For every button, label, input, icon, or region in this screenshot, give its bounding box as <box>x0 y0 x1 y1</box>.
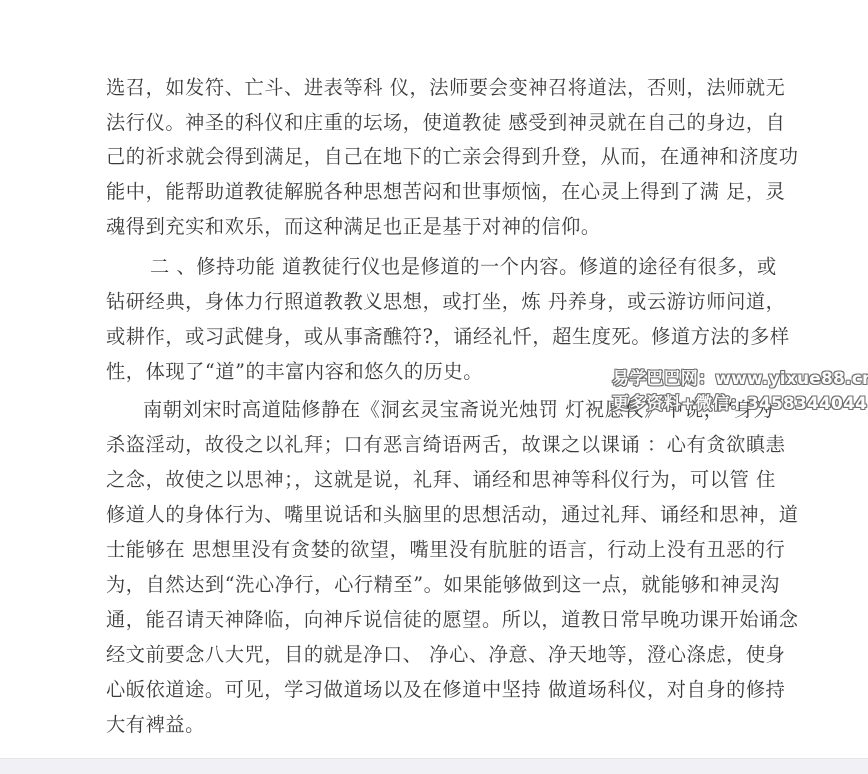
paragraph-1-line-2: 法行仪。神圣的科仪和庄重的坛场，使道教徒 感受到神灵就在自己的身边，自 <box>106 111 756 135</box>
paragraph-3-line-2: 杀盗淫动，故役之以礼拜；口有恶言绮语两舌，故课之以课诵 ：心有贪欲瞋恚 <box>106 433 756 457</box>
paragraph-2-line-2: 钻研经典，身体力行照道教教义思想，或打坐，炼 丹养身，或云游访师问道， <box>106 290 756 314</box>
watermark-site: 易学巴巴网：www.yixue88.cn <box>612 364 868 389</box>
paragraph-3-line-6: 为，自然达到“洗心净行，心行精至”。如果能够做到这一点，就能够和神灵沟 <box>106 573 756 597</box>
paragraph-2-line-3: 或耕作，或习武健身，或从事斋醮符?，诵经礼忏，超生度死。修道方法的多样 <box>106 325 756 349</box>
paragraph-1-line-1: 选召，如发符、亡斗、进表等科 仪，法师要会变神召将道法，否则，法师就无 <box>106 76 756 100</box>
paragraph-3-line-8: 经文前要念八大咒，目的就是净口、 净心、净意、净天地等，澄心涤虑，使身 <box>106 643 756 667</box>
paragraph-3-line-5: 士能够在 思想里没有贪婪的欲望，嘴里没有肮脏的语言，行动上没有丑恶的行 <box>106 538 756 562</box>
paragraph-3-line-4: 修道人的身体行为、嘴里说话和头脑里的思想活动，通过礼拜、诵经和思神，道 <box>106 503 756 527</box>
paragraph-2-line-1: 二 、修持功能 道教徒行仪也是修道的一个内容。修道的途径有很多，或 <box>150 255 756 279</box>
bottom-band <box>0 758 868 774</box>
document-page: 选召，如发符、亡斗、进表等科 仪，法师要会变神召将道法，否则，法师就无 法行仪。… <box>0 0 868 758</box>
paragraph-1-line-4: 能中，能帮助道教徒解脱各种思想苦闷和世事烦恼，在心灵上得到了满 足，灵 <box>106 180 756 204</box>
paragraph-3-line-3: 之念，故使之以思神；，这就是说，礼拜、诵经和思神等科仪行为，可以管 住 <box>106 468 756 492</box>
watermark-contact: 更多资料+微信：3458344044 <box>612 389 867 414</box>
paragraph-3-line-10: 大有裨益。 <box>106 713 756 737</box>
paragraph-1-line-3: 己的祈求就会得到满足，自己在地下的亡亲会得到升登，从而，在通神和济度功 <box>106 145 756 169</box>
paragraph-3-line-9: 心皈依道途。可见，学习做道场以及在修道中坚持 做道场科仪，对自身的修持 <box>106 678 756 702</box>
paragraph-1-line-5: 魂得到充实和欢乐，而这种满足也正是基于对神的信仰。 <box>106 215 756 239</box>
paragraph-3-line-7: 通，能召请天神降临，向神斥说信徒的愿望。所以，道教日常早晚功课开始诵念 <box>106 608 756 632</box>
